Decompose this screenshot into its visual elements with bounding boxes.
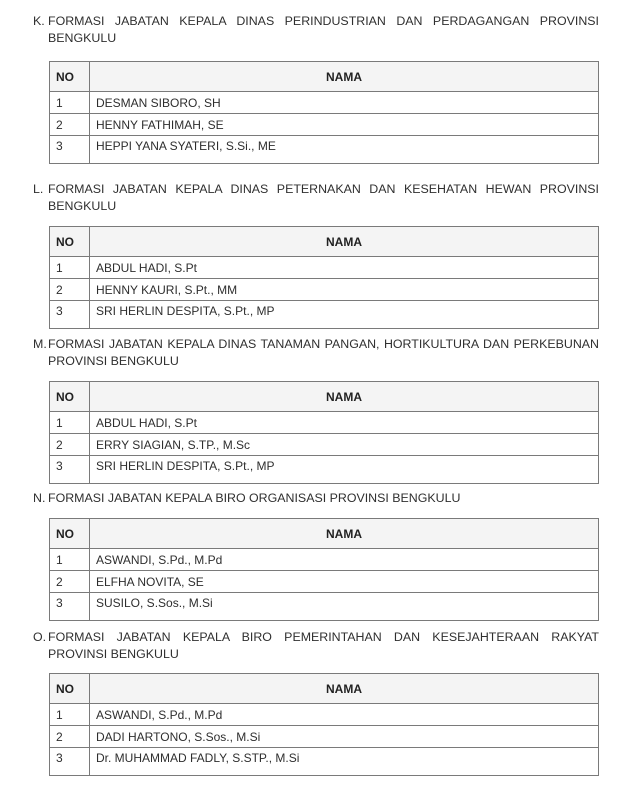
row-nama: SRI HERLIN DESPITA, S.Pt., MP: [90, 456, 599, 484]
section-n: N. FORMASI JABATAN KEPALA BIRO ORGANISAS…: [0, 490, 644, 507]
section-letter: O.: [33, 629, 46, 646]
section-title: FORMASI JABATAN KEPALA DINAS PETERNAKAN …: [33, 181, 599, 214]
table-header: NO NAMA: [50, 519, 599, 549]
table-row: 3 SUSILO, S.Sos., M.Si: [50, 593, 599, 621]
column-header-nama: NAMA: [90, 382, 599, 412]
column-header-no: NO: [50, 382, 90, 412]
column-header-no: NO: [50, 62, 90, 92]
column-header-no: NO: [50, 519, 90, 549]
table-row: 2 ERRY SIAGIAN, S.TP., M.Sc: [50, 434, 599, 456]
row-nama: HENNY FATHIMAH, SE: [90, 114, 599, 136]
table-row: 2 HENNY FATHIMAH, SE: [50, 114, 599, 136]
candidate-table: NO NAMA 1 ABDUL HADI, S.Pt 2 HENNY KAURI…: [49, 226, 599, 329]
column-header-nama: NAMA: [90, 62, 599, 92]
row-no: 2: [50, 114, 90, 136]
section-heading: L. FORMASI JABATAN KEPALA DINAS PETERNAK…: [33, 181, 599, 214]
section-title: FORMASI JABATAN KEPALA DINAS TANAMAN PAN…: [33, 336, 599, 369]
section-heading: O. FORMASI JABATAN KEPALA BIRO PEMERINTA…: [33, 629, 599, 662]
table-row: 2 ELFHA NOVITA, SE: [50, 571, 599, 593]
section-m: M. FORMASI JABATAN KEPALA DINAS TANAMAN …: [0, 336, 644, 369]
section-heading: M. FORMASI JABATAN KEPALA DINAS TANAMAN …: [33, 336, 599, 369]
candidate-table: NO NAMA 1 ASWANDI, S.Pd., M.Pd 2 ELFHA N…: [49, 518, 599, 621]
row-no: 3: [50, 748, 90, 776]
section-heading: K. FORMASI JABATAN KEPALA DINAS PERINDUS…: [33, 13, 599, 46]
section-letter: K.: [33, 13, 45, 30]
section-letter: M.: [33, 336, 47, 353]
table-row: 1 ABDUL HADI, S.Pt: [50, 257, 599, 279]
row-nama: ABDUL HADI, S.Pt: [90, 257, 599, 279]
table-row: 3 HEPPI YANA SYATERI, S.Si., ME: [50, 136, 599, 164]
row-no: 1: [50, 92, 90, 114]
row-nama: DADI HARTONO, S.Sos., M.Si: [90, 726, 599, 748]
row-nama: SRI HERLIN DESPITA, S.Pt., MP: [90, 301, 599, 329]
table-header: NO NAMA: [50, 674, 599, 704]
row-nama: Dr. MUHAMMAD FADLY, S.STP., M.Si: [90, 748, 599, 776]
candidate-table: NO NAMA 1 DESMAN SIBORO, SH 2 HENNY FATH…: [49, 61, 599, 164]
row-no: 3: [50, 136, 90, 164]
section-k: K. FORMASI JABATAN KEPALA DINAS PERINDUS…: [0, 13, 644, 46]
table-header: NO NAMA: [50, 62, 599, 92]
row-no: 3: [50, 593, 90, 621]
row-nama: ELFHA NOVITA, SE: [90, 571, 599, 593]
row-nama: DESMAN SIBORO, SH: [90, 92, 599, 114]
column-header-nama: NAMA: [90, 519, 599, 549]
row-nama: ERRY SIAGIAN, S.TP., M.Sc: [90, 434, 599, 456]
row-nama: ASWANDI, S.Pd., M.Pd: [90, 704, 599, 726]
table-row: 3 SRI HERLIN DESPITA, S.Pt., MP: [50, 456, 599, 484]
row-no: 1: [50, 257, 90, 279]
candidate-table: NO NAMA 1 ABDUL HADI, S.Pt 2 ERRY SIAGIA…: [49, 381, 599, 484]
row-no: 1: [50, 704, 90, 726]
row-no: 2: [50, 279, 90, 301]
section-letter: L.: [33, 181, 43, 198]
table-row: 3 Dr. MUHAMMAD FADLY, S.STP., M.Si: [50, 748, 599, 776]
row-nama: ASWANDI, S.Pd., M.Pd: [90, 549, 599, 571]
column-header-nama: NAMA: [90, 674, 599, 704]
row-no: 2: [50, 434, 90, 456]
row-nama: HENNY KAURI, S.Pt., MM: [90, 279, 599, 301]
column-header-no: NO: [50, 674, 90, 704]
table-header: NO NAMA: [50, 382, 599, 412]
section-heading: N. FORMASI JABATAN KEPALA BIRO ORGANISAS…: [33, 490, 599, 507]
table-row: 1 ASWANDI, S.Pd., M.Pd: [50, 549, 599, 571]
section-title: FORMASI JABATAN KEPALA BIRO PEMERINTAHAN…: [33, 629, 599, 662]
table-row: 3 SRI HERLIN DESPITA, S.Pt., MP: [50, 301, 599, 329]
column-header-nama: NAMA: [90, 227, 599, 257]
table-row: 1 DESMAN SIBORO, SH: [50, 92, 599, 114]
row-no: 2: [50, 726, 90, 748]
section-letter: N.: [33, 490, 45, 507]
section-o: O. FORMASI JABATAN KEPALA BIRO PEMERINTA…: [0, 629, 644, 662]
section-l: L. FORMASI JABATAN KEPALA DINAS PETERNAK…: [0, 181, 644, 214]
table-row: 2 DADI HARTONO, S.Sos., M.Si: [50, 726, 599, 748]
row-no: 3: [50, 456, 90, 484]
table-row: 2 HENNY KAURI, S.Pt., MM: [50, 279, 599, 301]
candidate-table: NO NAMA 1 ASWANDI, S.Pd., M.Pd 2 DADI HA…: [49, 673, 599, 776]
row-no: 1: [50, 549, 90, 571]
row-nama: HEPPI YANA SYATERI, S.Si., ME: [90, 136, 599, 164]
table-row: 1 ASWANDI, S.Pd., M.Pd: [50, 704, 599, 726]
row-no: 1: [50, 412, 90, 434]
section-title: FORMASI JABATAN KEPALA BIRO ORGANISASI P…: [33, 490, 599, 507]
column-header-no: NO: [50, 227, 90, 257]
row-nama: SUSILO, S.Sos., M.Si: [90, 593, 599, 621]
table-row: 1 ABDUL HADI, S.Pt: [50, 412, 599, 434]
row-no: 2: [50, 571, 90, 593]
row-no: 3: [50, 301, 90, 329]
row-nama: ABDUL HADI, S.Pt: [90, 412, 599, 434]
table-header: NO NAMA: [50, 227, 599, 257]
section-title: FORMASI JABATAN KEPALA DINAS PERINDUSTRI…: [33, 13, 599, 46]
